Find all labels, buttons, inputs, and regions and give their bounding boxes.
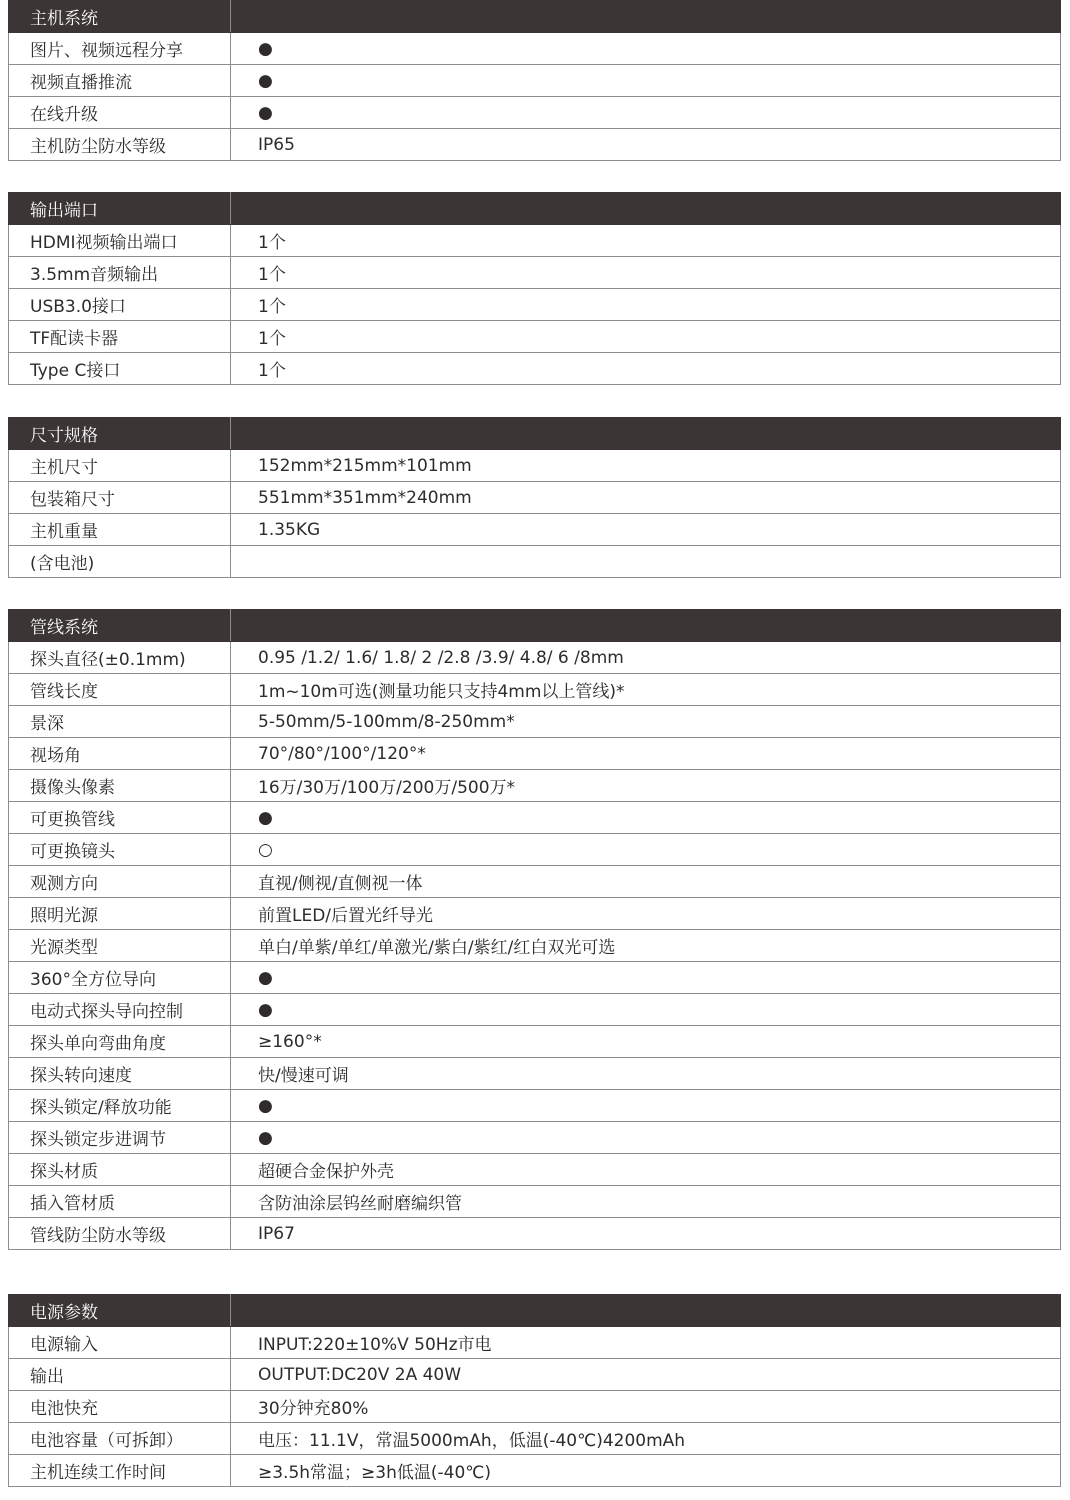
table-row: 光源类型单白/单紫/单红/单激光/紫白/紫红/红白双光可选 [9,930,1061,962]
table-row: 电动式探头导向控制● [9,994,1061,1026]
spec-label: 探头单向弯曲角度 [9,1026,231,1058]
spec-label: 电池快充 [9,1391,231,1423]
supported-dot-icon: ● [231,1090,1061,1122]
section-title: 主机系统 [9,1,231,33]
table-row: HDMI视频输出端口1个 [9,225,1061,257]
table-row: (含电池) [9,546,1061,578]
table-row: TF配读卡器1个 [9,321,1061,353]
spec-label: 主机尺寸 [9,450,231,482]
spec-label: 探头转向速度 [9,1058,231,1090]
spec-value: 单白/单紫/单红/单激光/紫白/紫红/红白双光可选 [231,930,1061,962]
section-header: 输出端口 [9,193,1061,225]
table-row: 探头材质超硬合金保护外壳 [9,1154,1061,1186]
table-row: 主机尺寸152mm*215mm*101mm [9,450,1061,482]
table-row: 图片、视频远程分享● [9,33,1061,65]
supported-dot-icon: ● [231,962,1061,994]
spec-label: 360°全方位导向 [9,962,231,994]
table-row: 探头锁定步进调节● [9,1122,1061,1154]
table-row: USB3.0接口1个 [9,289,1061,321]
spec-label: HDMI视频输出端口 [9,225,231,257]
spec-value: 电压：11.1V，常温5000mAh，低温(-40℃)4200mAh [231,1423,1061,1455]
spec-value [231,546,1061,578]
table-row: 可更换管线● [9,802,1061,834]
spec-label: 电源输入 [9,1327,231,1359]
spec-table-dimensions: 尺寸规格 主机尺寸152mm*215mm*101mm 包装箱尺寸551mm*35… [8,417,1061,578]
spec-label: 在线升级 [9,97,231,129]
section-header: 尺寸规格 [9,418,1061,450]
spec-value: 超硬合金保护外壳 [231,1154,1061,1186]
table-row: 探头锁定/释放功能● [9,1090,1061,1122]
spec-label: 可更换镜头 [9,834,231,866]
spec-label: 图片、视频远程分享 [9,33,231,65]
section-header: 主机系统 [9,1,1061,33]
spec-value: 70°/80°/100°/120°* [231,738,1061,770]
section-title: 尺寸规格 [9,418,231,450]
supported-dot-icon: ● [231,65,1061,97]
optional-circle-icon: ○ [231,834,1061,866]
supported-dot-icon: ● [231,802,1061,834]
spec-value: 含防油涂层钨丝耐磨编织管 [231,1186,1061,1218]
spec-label: 视场角 [9,738,231,770]
spec-label: (含电池) [9,546,231,578]
table-row: 景深5-50mm/5-100mm/8-250mm* [9,706,1061,738]
spec-value: INPUT:220±10%V 50Hz市电 [231,1327,1061,1359]
spec-value: ≥160°* [231,1026,1061,1058]
spec-table-probe-system: 管线系统 探头直径(±0.1mm)0.95 /1.2/ 1.6/ 1.8/ 2 … [8,609,1061,1250]
spec-value: 16万/30万/100万/200万/500万* [231,770,1061,802]
section-title: 管线系统 [9,610,231,642]
spec-value: 1个 [231,257,1061,289]
table-row: 360°全方位导向● [9,962,1061,994]
spec-value: IP65 [231,129,1061,161]
spec-label: 管线长度 [9,674,231,706]
spec-value: 5-50mm/5-100mm/8-250mm* [231,706,1061,738]
table-row: 观测方向直视/侧视/直侧视一体 [9,866,1061,898]
spec-value: 快/慢速可调 [231,1058,1061,1090]
table-row: 电源输入INPUT:220±10%V 50Hz市电 [9,1327,1061,1359]
spec-value: 1个 [231,321,1061,353]
spec-label: 管线防尘防水等级 [9,1218,231,1250]
spec-value: 1个 [231,225,1061,257]
spec-label: USB3.0接口 [9,289,231,321]
spec-label: 摄像头像素 [9,770,231,802]
spec-label: 3.5mm音频输出 [9,257,231,289]
spec-label: 包装箱尺寸 [9,482,231,514]
spec-label: Type C接口 [9,353,231,385]
table-row: 摄像头像素16万/30万/100万/200万/500万* [9,770,1061,802]
spec-label: 探头直径(±0.1mm) [9,642,231,674]
table-row: 探头转向速度快/慢速可调 [9,1058,1061,1090]
supported-dot-icon: ● [231,994,1061,1026]
spec-value: ≥3.5h常温；≥3h低温(-40℃) [231,1455,1061,1487]
table-row: 主机防尘防水等级IP65 [9,129,1061,161]
table-row: 电池快充30分钟充80% [9,1391,1061,1423]
supported-dot-icon: ● [231,97,1061,129]
spec-label: 照明光源 [9,898,231,930]
table-row: 照明光源前置LED/后置光纤导光 [9,898,1061,930]
section-header: 管线系统 [9,610,1061,642]
spec-table-power: 电源参数 电源输入INPUT:220±10%V 50Hz市电 输出OUTPUT:… [8,1294,1061,1487]
spec-label: 景深 [9,706,231,738]
spec-value: 0.95 /1.2/ 1.6/ 1.8/ 2 /2.8 /3.9/ 4.8/ 6… [231,642,1061,674]
spec-table-output-ports: 输出端口 HDMI视频输出端口1个 3.5mm音频输出1个 USB3.0接口1个… [8,192,1061,385]
spec-value: 152mm*215mm*101mm [231,450,1061,482]
table-row: 包装箱尺寸551mm*351mm*240mm [9,482,1061,514]
table-row: 探头单向弯曲角度≥160°* [9,1026,1061,1058]
spec-label: 观测方向 [9,866,231,898]
table-row: 主机重量1.35KG [9,514,1061,546]
spec-label: 电池容量（可拆卸） [9,1423,231,1455]
spec-label: 探头锁定/释放功能 [9,1090,231,1122]
supported-dot-icon: ● [231,33,1061,65]
table-row: 主机连续工作时间≥3.5h常温；≥3h低温(-40℃) [9,1455,1061,1487]
spec-label: 探头材质 [9,1154,231,1186]
section-header: 电源参数 [9,1295,1061,1327]
spec-label: TF配读卡器 [9,321,231,353]
table-row: 在线升级● [9,97,1061,129]
spec-value: 1m~10m可选(测量功能只支持4mm以上管线)* [231,674,1061,706]
spec-value: 1个 [231,289,1061,321]
table-row: 视场角70°/80°/100°/120°* [9,738,1061,770]
spec-value: 直视/侧视/直侧视一体 [231,866,1061,898]
spec-table-host-system: 主机系统 图片、视频远程分享● 视频直播推流● 在线升级● 主机防尘防水等级IP… [8,0,1061,161]
table-row: Type C接口1个 [9,353,1061,385]
spec-value: 30分钟充80% [231,1391,1061,1423]
spec-label: 插入管材质 [9,1186,231,1218]
spec-value: 1.35KG [231,514,1061,546]
spec-value: 551mm*351mm*240mm [231,482,1061,514]
spec-label: 电动式探头导向控制 [9,994,231,1026]
spec-label: 输出 [9,1359,231,1391]
spec-value: OUTPUT:DC20V 2A 40W [231,1359,1061,1391]
spec-label: 可更换管线 [9,802,231,834]
spec-label: 主机重量 [9,514,231,546]
spec-value: 前置LED/后置光纤导光 [231,898,1061,930]
supported-dot-icon: ● [231,1122,1061,1154]
section-title: 电源参数 [9,1295,231,1327]
spec-value: IP67 [231,1218,1061,1250]
table-row: 管线防尘防水等级IP67 [9,1218,1061,1250]
spec-label: 主机防尘防水等级 [9,129,231,161]
spec-label: 探头锁定步进调节 [9,1122,231,1154]
table-row: 探头直径(±0.1mm)0.95 /1.2/ 1.6/ 1.8/ 2 /2.8 … [9,642,1061,674]
table-row: 输出OUTPUT:DC20V 2A 40W [9,1359,1061,1391]
table-row: 3.5mm音频输出1个 [9,257,1061,289]
spec-label: 光源类型 [9,930,231,962]
table-row: 管线长度1m~10m可选(测量功能只支持4mm以上管线)* [9,674,1061,706]
spec-value: 1个 [231,353,1061,385]
spec-label: 视频直播推流 [9,65,231,97]
table-row: 插入管材质含防油涂层钨丝耐磨编织管 [9,1186,1061,1218]
table-row: 视频直播推流● [9,65,1061,97]
spec-label: 主机连续工作时间 [9,1455,231,1487]
section-title: 输出端口 [9,193,231,225]
table-row: 可更换镜头○ [9,834,1061,866]
table-row: 电池容量（可拆卸）电压：11.1V，常温5000mAh，低温(-40℃)4200… [9,1423,1061,1455]
